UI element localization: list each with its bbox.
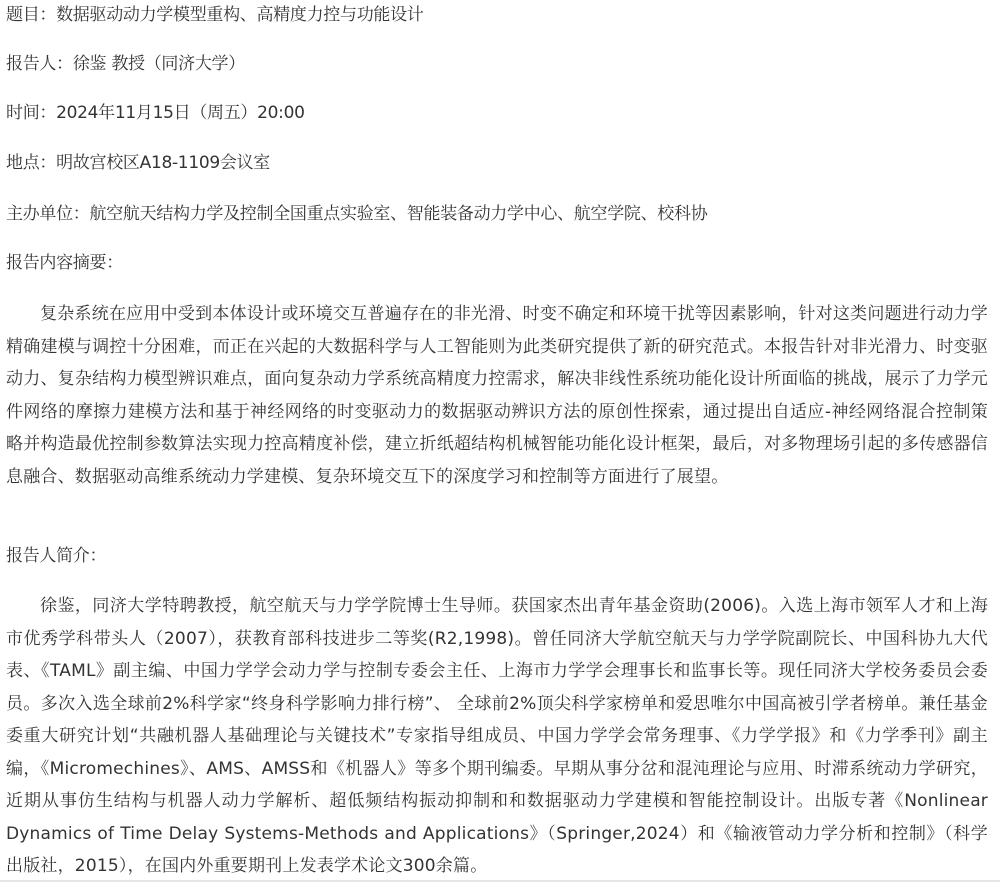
location-label: 地点：	[6, 153, 56, 173]
title-line: 题目：数据驱动动力学模型重构、高精度力控与功能设计	[6, 2, 424, 28]
speaker-line: 报告人：徐鉴 教授（同济大学）	[6, 51, 245, 77]
organizer-line: 主办单位：航空航天结构力学及控制全国重点实验室、智能装备动力学中心、航空学院、校…	[6, 201, 707, 227]
time-line: 时间：2024年11月15日（周五）20:00	[6, 100, 305, 126]
speaker-value: 徐鉴 教授（同济大学）	[73, 54, 245, 74]
title-value: 数据驱动动力学模型重构、高精度力控与功能设计	[56, 5, 423, 25]
title-label: 题目：	[6, 5, 56, 25]
organizer-value: 航空航天结构力学及控制全国重点实验室、智能装备动力学中心、航空学院、校科协	[90, 204, 708, 224]
bio-paragraph: 徐鉴，同济大学特聘教授，航空航天与力学学院博士生导师。获国家杰出青年基金资助(2…	[6, 590, 988, 882]
location-line: 地点：明故宫校区A18-1109会议室	[6, 150, 270, 176]
abstract-heading: 报告内容摘要：	[6, 250, 123, 276]
time-value: 2024年11月15日（周五）20:00	[56, 103, 305, 123]
speaker-label: 报告人：	[6, 54, 73, 74]
bio-heading: 报告人简介：	[6, 543, 106, 569]
abstract-paragraph: 复杂系统在应用中受到本体设计或环境交互普遍存在的非光滑、时变不确定和环境干扰等因…	[6, 298, 988, 493]
time-label: 时间：	[6, 103, 56, 123]
organizer-label: 主办单位：	[6, 204, 90, 224]
location-value: 明故宫校区A18-1109会议室	[56, 153, 270, 173]
